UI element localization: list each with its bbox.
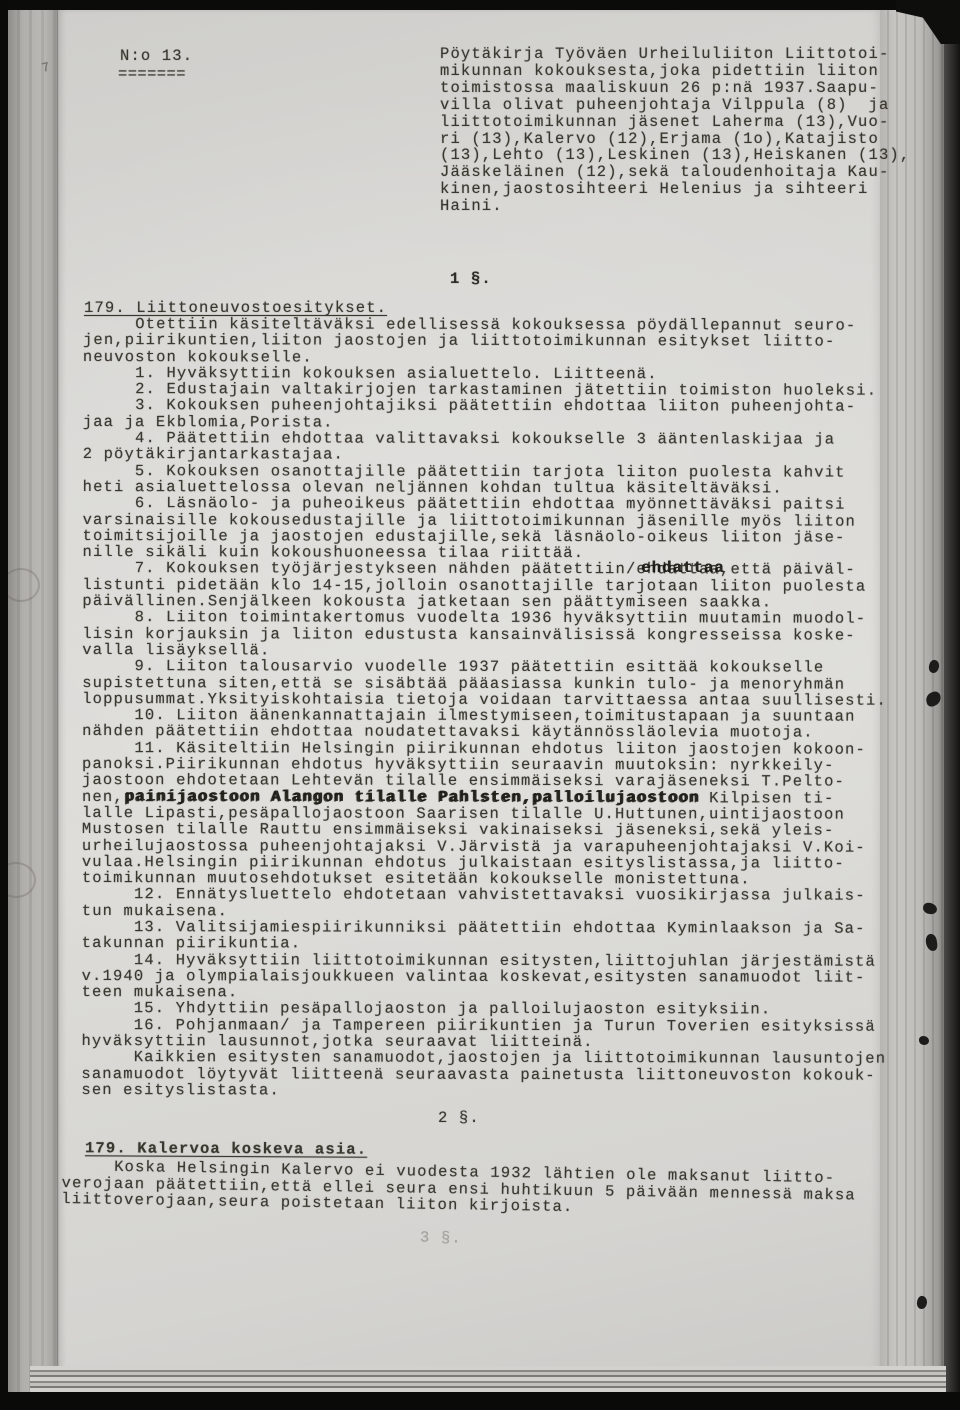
scan-edge-top xyxy=(0,0,960,10)
scanned-minutes-page: 7 N:o 13. ======= Pöytäkirja Työväen Urh… xyxy=(0,0,960,1410)
section-3-heading: 3 §. xyxy=(420,1230,462,1247)
document-number: N:o 13. xyxy=(120,48,193,64)
section-1-body: Otettiin käsiteltäväksi edellisessä koko… xyxy=(81,316,887,1100)
scan-edge-left xyxy=(0,0,8,1410)
scan-edge-bottom xyxy=(0,1392,960,1410)
document-number-underline: ======= xyxy=(118,66,186,82)
section-1-heading: 1 §. xyxy=(450,271,492,287)
overtyped-correction: ehdattaa xyxy=(641,560,725,576)
section-1-title: 179. Liittoneuvostoesitykset. xyxy=(84,300,387,316)
ink-mark xyxy=(919,1036,929,1045)
header-paragraph: Pöytäkirja Työväen Urheiluliiton Liittot… xyxy=(440,46,910,215)
section-2-title: 179. Kalervoa koskeva asia. xyxy=(85,1140,367,1158)
section-2-heading: 2 §. xyxy=(438,1110,480,1126)
overtyped-correction: painijaostoon Alangon tilalle Pahlsten,p… xyxy=(125,788,700,806)
previous-page-edge xyxy=(8,6,58,1398)
book-binding xyxy=(944,0,960,1410)
